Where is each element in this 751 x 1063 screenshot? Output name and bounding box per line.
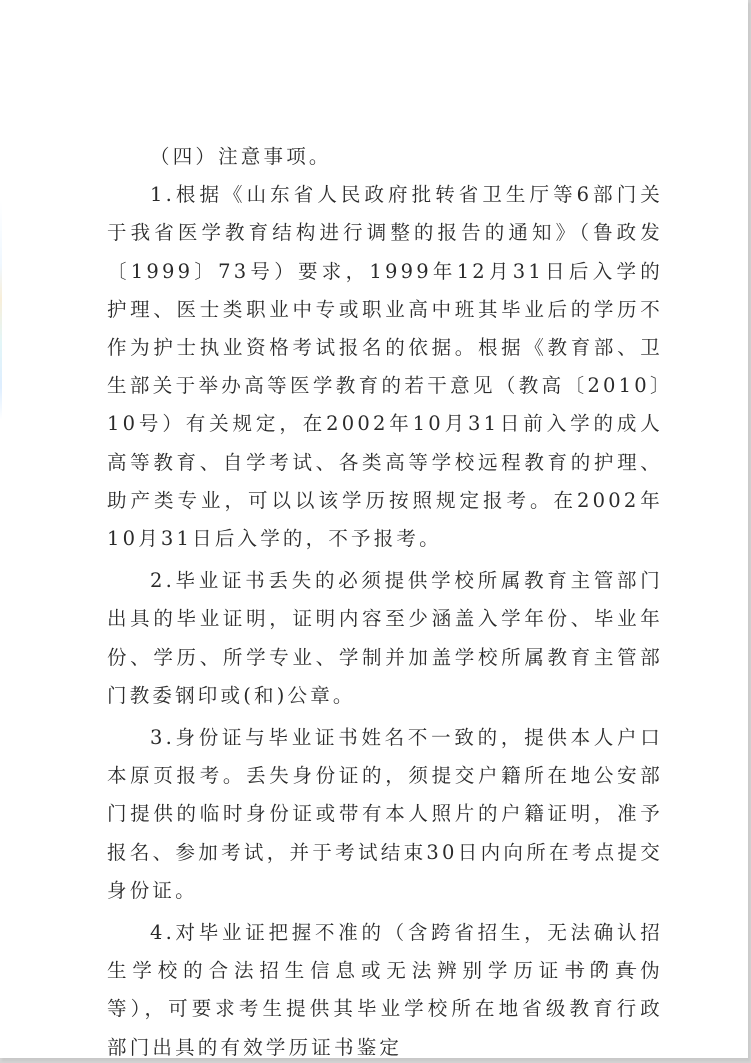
paragraph-item-3: 3.身份证与毕业证书姓名不一致的，提供本人户口本原页报考。丢失身份证的，须提交户… <box>107 719 663 910</box>
scan-edge-artifact <box>0 200 2 420</box>
page-number: — 7 — <box>566 957 640 978</box>
section-heading: （四）注意事项。 <box>107 138 663 176</box>
paragraph-item-2: 2.毕业证书丢失的必须提供学校所属教育主管部门出具的毕业证明，证明内容至少涵盖入… <box>107 562 663 715</box>
document-body: （四）注意事项。 1.根据《山东省人民政府批转省卫生厅等6部门关于我省医学教育结… <box>107 138 663 1063</box>
paragraph-item-4: 4.对毕业证把握不准的（含跨省招生，无法确认招生学校的合法招生信息或无法辨别学历… <box>107 914 663 1063</box>
document-page: （四）注意事项。 1.根据《山东省人民政府批转省卫生厅等6部门关于我省医学教育结… <box>0 0 748 1058</box>
paragraph-item-1: 1.根据《山东省人民政府批转省卫生厅等6部门关于我省医学教育结构进行调整的报告的… <box>107 176 663 558</box>
